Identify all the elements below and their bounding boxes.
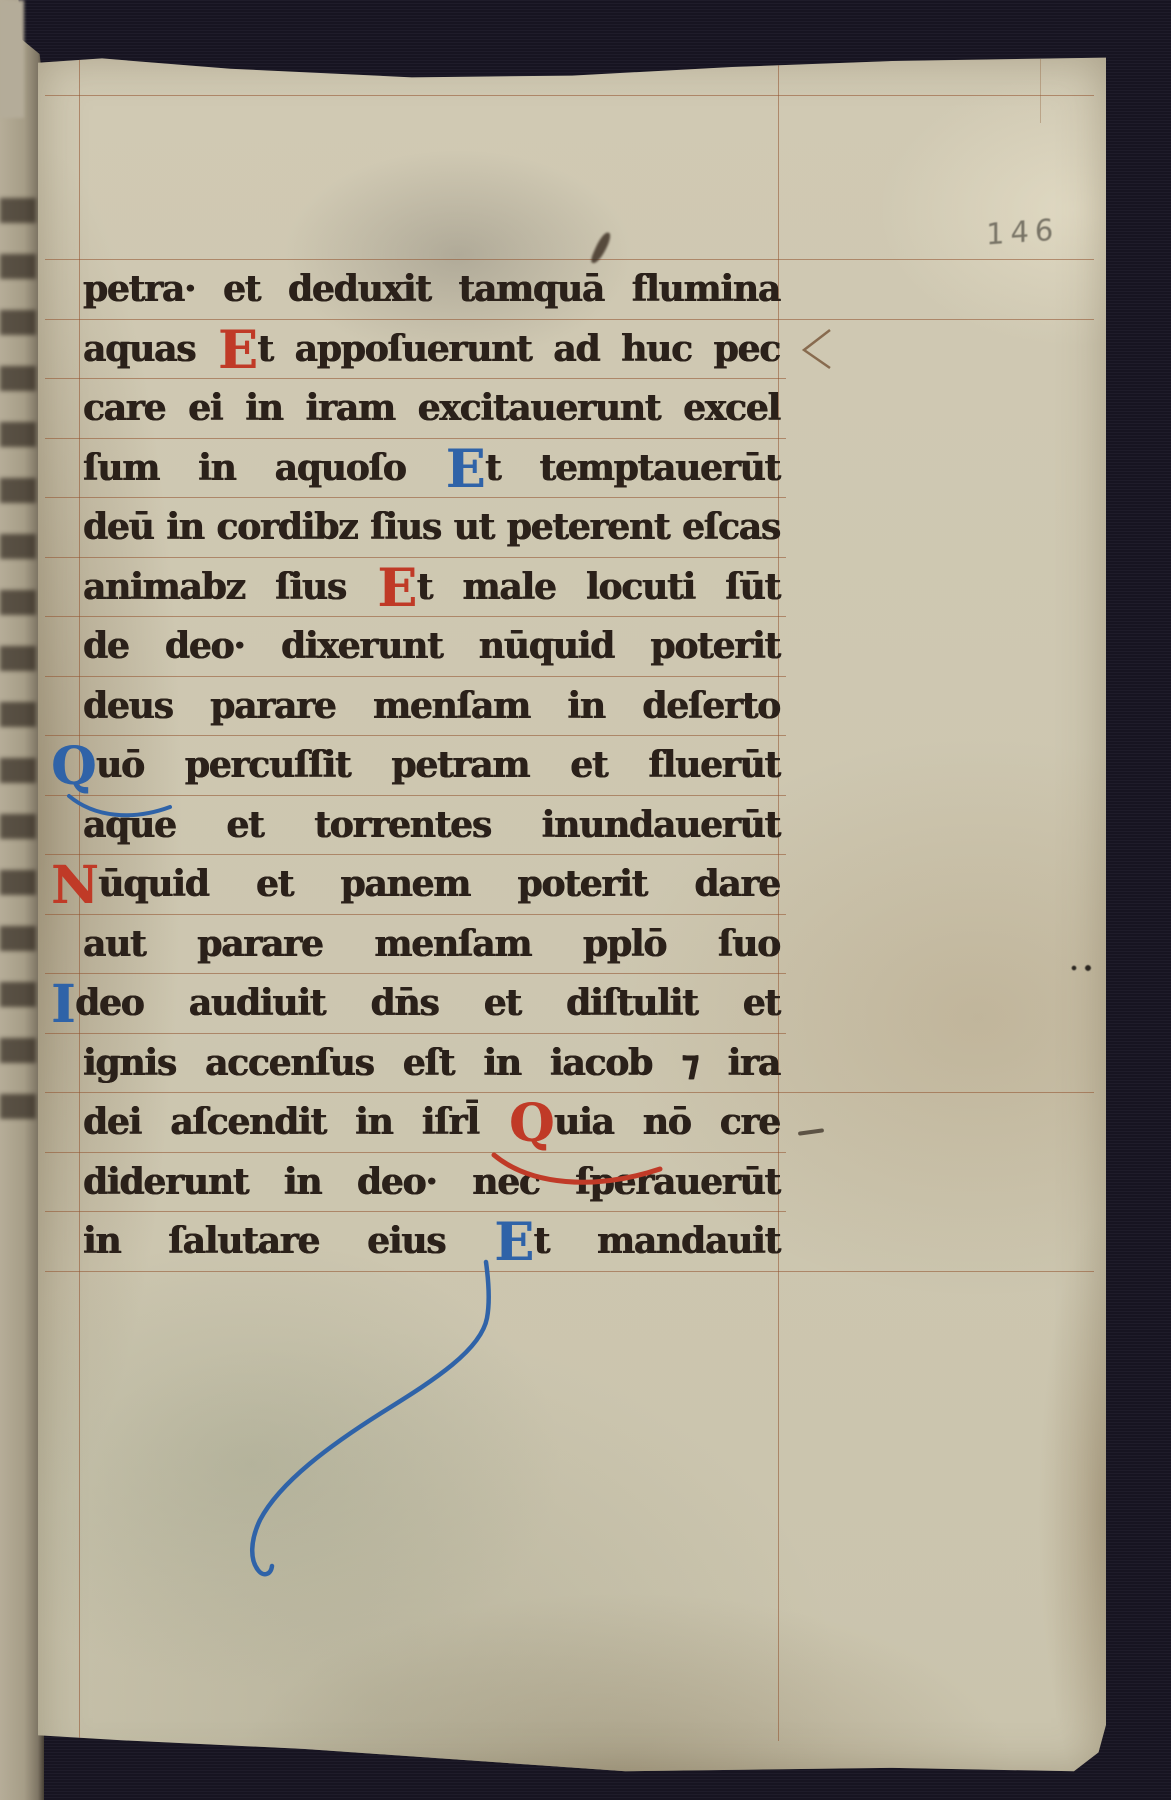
text-segment: t male locuti ſūt	[417, 566, 780, 608]
text-segment: dei aſcendit in iſrl̄	[83, 1101, 508, 1143]
text-segment: diderunt in deo· nec ſperauerūt	[83, 1161, 780, 1203]
text-line: petra· et deduxit tamquā flumina	[83, 261, 780, 320]
text-segment: ūquid et panem poterit dare	[98, 863, 780, 905]
margin-caret-mark	[801, 327, 833, 371]
facing-page-edge	[0, 0, 44, 1800]
margin-ink-blot	[1068, 961, 1096, 975]
text-segment: aut parare menſam pplō ſuo	[83, 923, 780, 965]
text-segment: petra· et deduxit tamquā flumina	[83, 268, 780, 310]
text-segment: deū in cordibz ſius ut peterent eſcas	[83, 506, 780, 548]
facing-page-text-blur	[0, 190, 36, 1120]
text-line: dei aſcendit in iſrl̄ Quia nō cre	[83, 1094, 780, 1153]
ruling-line	[45, 95, 1094, 96]
initial-q-tail-blue	[66, 791, 186, 827]
manuscript-page: 146 petra· et deduxit tamquā fluminaaqua…	[38, 55, 1106, 1773]
text-line: ignis accenſus eſt in iacob ⁊ ira	[83, 1035, 780, 1094]
text-line: Ideo audiuit dn̄s et diſtulit et	[50, 975, 780, 1034]
initial-q-tail-red	[490, 1147, 670, 1193]
text-segment: aque et torrentes inundauerūt	[83, 804, 780, 846]
margin-dash-mark	[798, 1128, 824, 1136]
text-line: animabz ſius Et male locuti ſūt	[83, 559, 780, 618]
text-line: ſum in aquoſo Et temptauerūt	[83, 440, 780, 499]
text-segment: animabz ſius	[83, 566, 376, 608]
text-segment: t temptauerūt	[485, 447, 780, 489]
illuminated-initial: N	[51, 855, 97, 916]
text-segment: t mandauit	[534, 1220, 780, 1262]
illuminated-initial: E	[494, 1212, 532, 1273]
illuminated-initial: I	[51, 974, 74, 1035]
text-segment: uia nō cre	[554, 1101, 780, 1143]
illuminated-initial: Q	[509, 1093, 553, 1154]
ruling-line	[45, 259, 1094, 260]
text-line: Quō percuſſit petram et fluerūt	[50, 737, 780, 796]
illuminated-initial: E	[377, 558, 415, 619]
text-segment: ignis accenſus eſt in iacob ⁊ ira	[83, 1042, 780, 1084]
text-line: aut parare menſam pplō ſuo	[83, 916, 780, 975]
pen-flourish	[238, 1250, 498, 1590]
folio-number: 146	[986, 212, 1059, 251]
page-stack-corner	[0, 0, 24, 118]
text-segment: deo audiuit dn̄s et diſtulit et	[75, 982, 780, 1024]
illuminated-initial: E	[446, 439, 484, 500]
text-line: deus parare menſam in deſerto	[83, 678, 780, 737]
text-line: aque et torrentes inundauerūt	[83, 797, 780, 856]
text-line: aquas Et appoſuerunt ad huc pec	[83, 321, 780, 380]
text-segment: de deo· dixerunt nūquid poterit	[83, 625, 780, 667]
text-segment: care ei in iram excitauerunt excel	[83, 387, 780, 429]
text-line: deū in cordibz ſius ut peterent eſcas	[83, 499, 780, 558]
text-line: de deo· dixerunt nūquid poterit	[83, 618, 780, 677]
illuminated-initial: E	[218, 320, 256, 381]
text-segment: uō percuſſit petram et fluerūt	[96, 744, 780, 786]
text-line: diderunt in deo· nec ſperauerūt	[83, 1154, 780, 1213]
text-segment: aquas	[83, 328, 217, 370]
text-segment: ſum in aquoſo	[83, 447, 445, 489]
illuminated-initial: Q	[51, 736, 95, 797]
text-segment: deus parare menſam in deſerto	[83, 685, 780, 727]
text-line: care ei in iram excitauerunt excel	[83, 380, 780, 439]
photo-background: 146 petra· et deduxit tamquā fluminaaqua…	[0, 0, 1171, 1800]
text-segment: t appoſuerunt ad huc pec	[257, 328, 780, 370]
text-line: Nūquid et panem poterit dare	[50, 856, 780, 915]
page-crease	[1040, 59, 1041, 123]
